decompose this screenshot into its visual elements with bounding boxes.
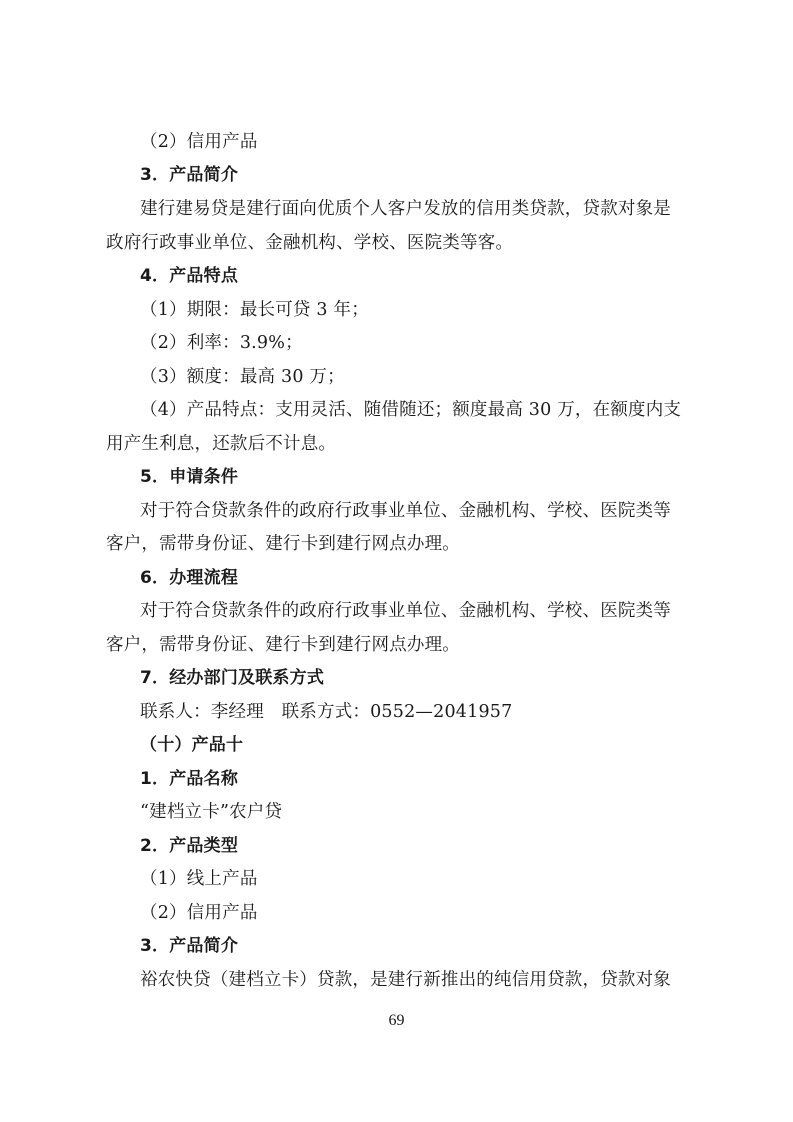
page-number: 69 — [0, 1012, 793, 1030]
list-item: （1）线上产品 — [140, 868, 740, 890]
list-item: （3）额度：最高 30 万； — [140, 366, 740, 388]
section-heading: 6．办理流程 — [140, 567, 740, 589]
list-item: （2）信用产品 — [140, 131, 740, 153]
product-name: “建档立卡”农户贷 — [140, 801, 740, 823]
contact-line: 联系人：李经理 联系方式：0552—2041957 — [140, 701, 740, 723]
paragraph-line: 裕农快贷（建档立卡）贷款，是建行新推出的纯信用贷款，贷款对象 — [140, 969, 740, 991]
section-heading: 1．产品名称 — [140, 768, 740, 790]
paragraph-line: 客户，需带身份证、建行卡到建行网点办理。 — [106, 634, 706, 656]
section-heading: 3．产品简介 — [140, 164, 740, 186]
section-heading: 4．产品特点 — [140, 265, 740, 287]
paragraph-line: 政府行政事业单位、金融机构、学校、医院类等客。 — [106, 232, 706, 254]
document-page: （2）信用产品 3．产品简介 建行建易贷是建行面向优质个人客户发放的信用类贷款，… — [0, 0, 793, 1122]
list-item: （2）信用产品 — [140, 902, 740, 924]
paragraph-line: 对于符合贷款条件的政府行政事业单位、金融机构、学校、医院类等 — [140, 600, 740, 622]
section-heading: 2．产品类型 — [140, 835, 740, 857]
paragraph-line: 客户，需带身份证、建行卡到建行网点办理。 — [106, 533, 706, 555]
paragraph-line: 用产生利息，还款后不计息。 — [106, 433, 706, 455]
section-heading: （十）产品十 — [140, 734, 740, 756]
list-item: （2）利率：3.9%； — [140, 332, 740, 354]
paragraph-line: 对于符合贷款条件的政府行政事业单位、金融机构、学校、医院类等 — [140, 500, 740, 522]
list-item: （1）期限：最长可贷 3 年； — [140, 299, 740, 321]
section-heading: 7．经办部门及联系方式 — [140, 667, 740, 689]
paragraph-line: （4）产品特点：支用灵活、随借随还；额度最高 30 万，在额度内支 — [140, 399, 740, 421]
paragraph-line: 建行建易贷是建行面向优质个人客户发放的信用类贷款，贷款对象是 — [140, 198, 740, 220]
section-heading: 3．产品简介 — [140, 935, 740, 957]
section-heading: 5．申请条件 — [140, 466, 740, 488]
